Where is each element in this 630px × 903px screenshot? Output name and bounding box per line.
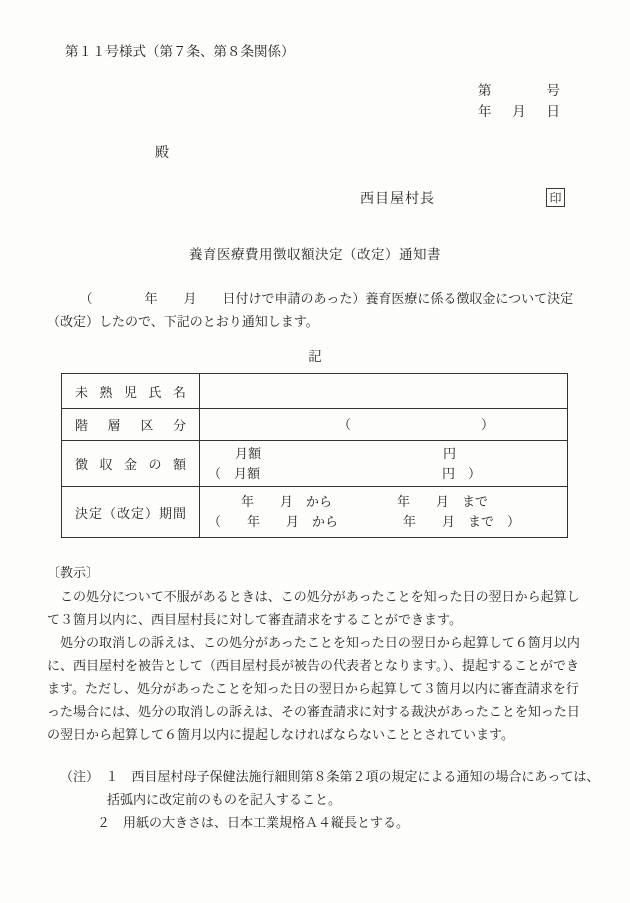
- addressee-suffix: 殿: [155, 142, 169, 162]
- document-number-block: 第 号 年 月 日: [478, 79, 560, 121]
- decision-period-label-cell: 決定（改定）期間: [62, 487, 200, 537]
- note-line-3: ２ 用紙の大きさは、日本工業規格Ａ４縦長とする。: [97, 811, 630, 834]
- infant-name-value-cell: [200, 374, 567, 408]
- doc-number-suffix: 号: [547, 79, 561, 100]
- kyoji-heading: 〔教示〕: [47, 562, 99, 581]
- tier-category-label: 階層区分: [75, 415, 186, 434]
- kyoji-p2-line-4: った場合には、処分の取消しの訴えは、その審査請求に対する裁決があったことを知った…: [47, 700, 587, 723]
- decision-period-line-1: 年 月 から 年 月 まで: [200, 492, 567, 512]
- decision-period-label: 決定（改定）期間: [75, 503, 186, 522]
- document-title: 養育医療費用徴収額決定（改定）通知書: [0, 243, 630, 263]
- date-line: 年 月 日: [478, 100, 560, 121]
- body-text-line-2: （改定）したので、下記のとおり通知します。: [47, 311, 319, 330]
- kyoji-p2-line-5: の翌日から起算して６箇月以内に提起しなければならないこととされています。: [47, 723, 587, 746]
- document-number-line: 第 号: [478, 79, 560, 100]
- decision-period-line-2: （ 年 月 から 年 月 まで ）: [200, 512, 567, 532]
- kyoji-p2-line-1: 処分の取消しの訴えは、この処分があったことを知った日の翌日から起算して６箇月以内: [47, 631, 587, 654]
- collection-amount-line-1: 月額 円: [200, 444, 567, 464]
- collection-amount-line-2: （ 月額 円 ）: [200, 464, 567, 484]
- doc-number-prefix: 第: [478, 79, 492, 100]
- table-row-collection-amount: 徴収金の額 月額 円 （ 月額 円 ）: [62, 440, 567, 486]
- infant-name-label-cell: 未熟児氏名: [62, 374, 200, 408]
- document-page: 第１１号様式（第７条、第８条関係） 第 号 年 月 日 殿 西目屋村長 印 養育…: [0, 0, 630, 903]
- kyoji-paragraph-2: 処分の取消しの訴えは、この処分があったことを知った日の翌日から起算して６箇月以内…: [47, 631, 587, 746]
- decision-period-value-cell: 年 月 から 年 月 まで （ 年 月 から 年 月 まで ）: [200, 487, 567, 537]
- date-month-label: 月: [512, 100, 526, 121]
- note-line-1: （注） １ 西目屋村母子保健法施行細則第８条第２項の規定による通知の場合にあって…: [60, 765, 630, 788]
- kyoji-paragraph-1: この処分について不服があるときは、この処分があったことを知った日の翌日から起算し…: [47, 585, 587, 631]
- notes-section: （注） １ 西目屋村母子保健法施行細則第８条第２項の規定による通知の場合にあって…: [0, 765, 630, 834]
- table-row-tier-category: 階層区分 （ ）: [62, 408, 567, 440]
- kyoji-p2-line-3: ます。ただし、処分があったことを知った日の翌日から起算して３箇月以内に審査請求を…: [47, 677, 587, 700]
- ki-heading: 記: [0, 345, 630, 365]
- form-table: 未熟児氏名 階層区分 （ ） 徴収金の額 月額 円 （ 月額: [61, 373, 568, 538]
- tier-category-value-cell: （ ）: [200, 409, 567, 440]
- sender-name: 西目屋村長: [360, 188, 435, 208]
- tier-category-value: （ ）: [200, 415, 567, 435]
- table-row-decision-period: 決定（改定）期間 年 月 から 年 月 まで （ 年 月 から 年 月 まで ）: [62, 486, 567, 537]
- infant-name-label: 未熟児氏名: [75, 382, 186, 401]
- seal-placeholder: 印: [546, 188, 565, 207]
- kyoji-p1-line-2: て３箇月以内に、西目屋村長に対して審査請求をすることができます。: [47, 608, 587, 631]
- tier-category-label-cell: 階層区分: [62, 409, 200, 440]
- form-number-line: 第１１号様式（第７条、第８条関係）: [65, 40, 295, 60]
- table-row-infant-name: 未熟児氏名: [62, 374, 567, 408]
- collection-amount-label-cell: 徴収金の額: [62, 441, 200, 486]
- body-text-line-1: （ 年 月 日付けで申請のあった）養育医療に係る徴収金について決定: [47, 288, 573, 307]
- date-year-label: 年: [478, 100, 492, 121]
- collection-amount-label: 徴収金の額: [75, 454, 186, 473]
- date-day-label: 日: [547, 100, 561, 121]
- kyoji-p2-line-2: に、西目屋村を被告として（西目屋村長が被告の代表者となります。）、提起することが…: [47, 654, 587, 677]
- kyoji-p1-line-1: この処分について不服があるときは、この処分があったことを知った日の翌日から起算し: [47, 585, 587, 608]
- collection-amount-value-cell: 月額 円 （ 月額 円 ）: [200, 441, 567, 486]
- note-line-2: 括弧内に改定前のものを記入すること。: [107, 788, 630, 811]
